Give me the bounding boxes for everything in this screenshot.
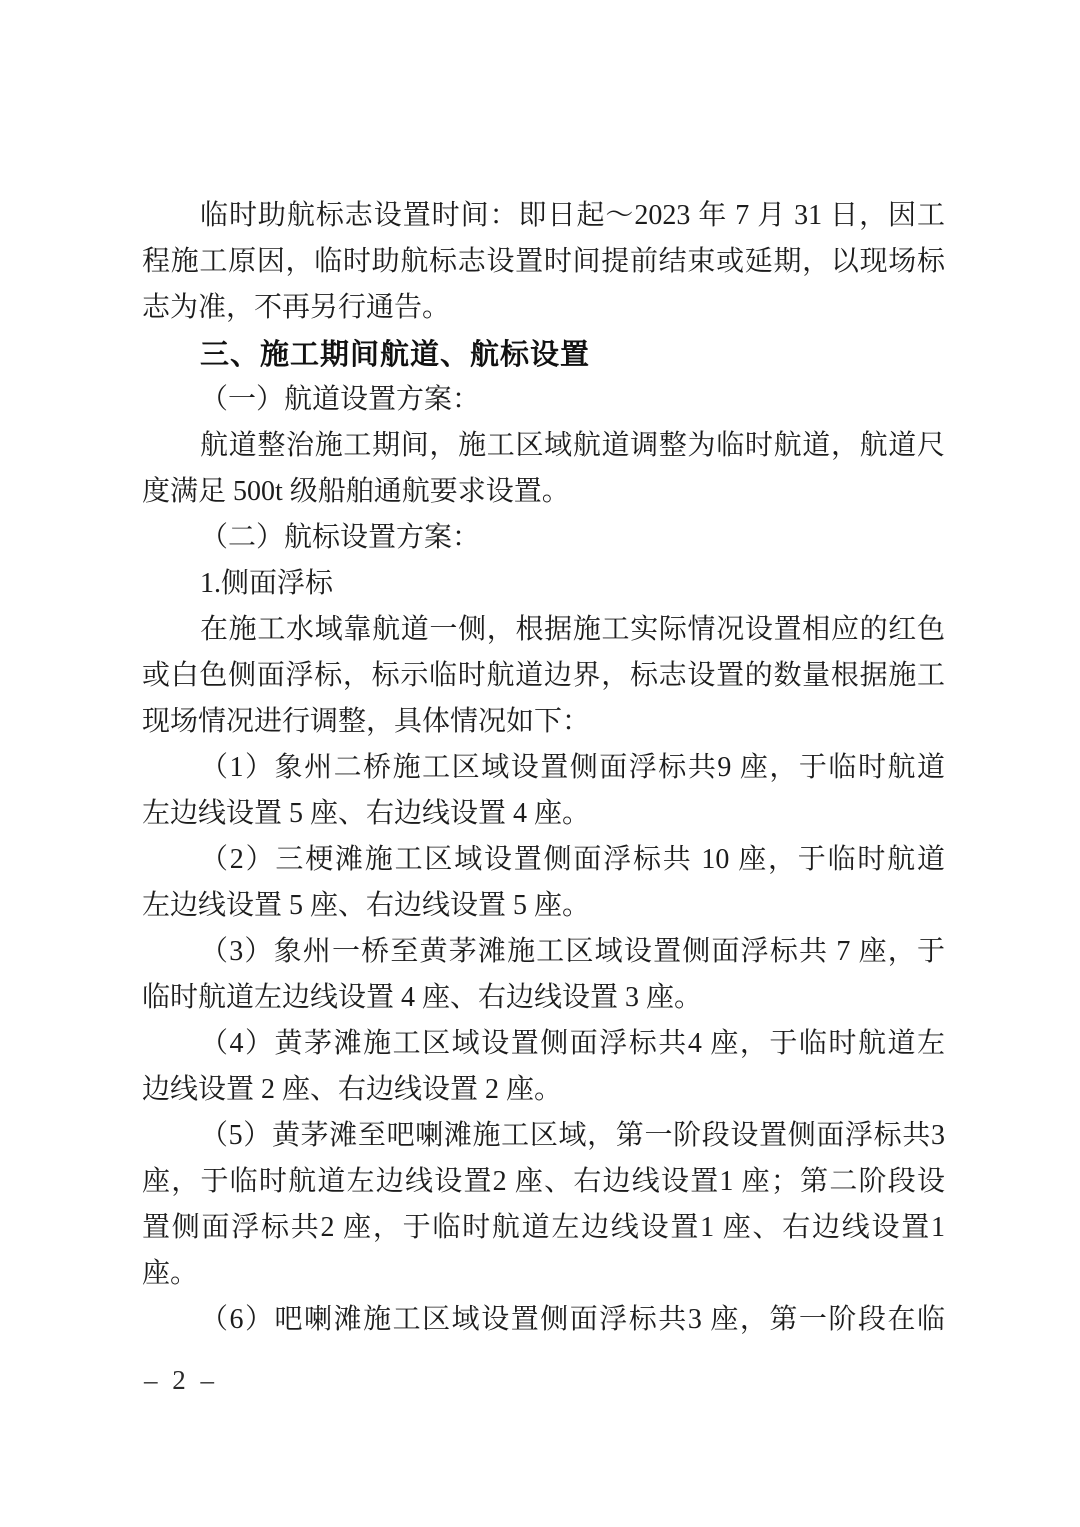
body-line: 志为准，不再另行通告。 bbox=[142, 285, 945, 331]
page-footer: – 2 – bbox=[144, 1360, 218, 1400]
list-item-line: （6）吧喇滩施工区域设置侧面浮标共3 座，第一阶段在临 bbox=[142, 1297, 945, 1343]
subheading-buoy-plan: （二）航标设置方案： bbox=[142, 515, 945, 561]
body-line: 在施工水域靠航道一侧，根据施工实际情况设置相应的红色 bbox=[142, 607, 945, 653]
subheading-channel-plan: （一）航道设置方案： bbox=[142, 377, 945, 423]
section-heading: 三、施工期间航道、航标设置 bbox=[142, 331, 945, 377]
body-line: 航道整治施工期间，施工区域航道调整为临时航道，航道尺 bbox=[142, 423, 945, 469]
list-item-line: 边线设置 2 座、右边线设置 2 座。 bbox=[142, 1067, 945, 1113]
body-line: 或白色侧面浮标，标示临时航道边界，标志设置的数量根据施工 bbox=[142, 653, 945, 699]
list-item-line: 置侧面浮标共2 座，于临时航道左边线设置1 座、右边线设置1 bbox=[142, 1205, 945, 1251]
list-item-line: 左边线设置 5 座、右边线设置 5 座。 bbox=[142, 883, 945, 929]
list-item-line: 左边线设置 5 座、右边线设置 4 座。 bbox=[142, 791, 945, 837]
list-item-line: 座，于临时航道左边线设置2 座、右边线设置1 座；第二阶段设 bbox=[142, 1159, 945, 1205]
list-item-line: 临时航道左边线设置 4 座、右边线设置 3 座。 bbox=[142, 975, 945, 1021]
list-item-line: （4）黄茅滩施工区域设置侧面浮标共4 座，于临时航道左 bbox=[142, 1021, 945, 1067]
document-body: 临时助航标志设置时间：即日起～2023 年 7 月 31 日，因工 程施工原因，… bbox=[142, 193, 945, 1343]
document-page: 临时助航标志设置时间：即日起～2023 年 7 月 31 日，因工 程施工原因，… bbox=[0, 0, 1080, 1527]
list-item-line: （5）黄茅滩至吧喇滩施工区域，第一阶段设置侧面浮标共3 bbox=[142, 1113, 945, 1159]
list-item-line: 座。 bbox=[142, 1251, 945, 1297]
page-number: – 2 – bbox=[144, 1365, 218, 1395]
list-item-line: （1）象州二桥施工区域设置侧面浮标共9 座，于临时航道 bbox=[142, 745, 945, 791]
list-item-line: （2）三梗滩施工区域设置侧面浮标共 10 座，于临时航道 bbox=[142, 837, 945, 883]
body-line: 现场情况进行调整，具体情况如下： bbox=[142, 699, 945, 745]
body-line: 程施工原因，临时助航标志设置时间提前结束或延期，以现场标 bbox=[142, 239, 945, 285]
body-line: 度满足 500t 级船舶通航要求设置。 bbox=[142, 469, 945, 515]
body-line: 临时助航标志设置时间：即日起～2023 年 7 月 31 日，因工 bbox=[142, 193, 945, 239]
list-item-line: （3）象州一桥至黄茅滩施工区域设置侧面浮标共 7 座，于 bbox=[142, 929, 945, 975]
subheading-lateral-buoy: 1.侧面浮标 bbox=[142, 561, 945, 607]
